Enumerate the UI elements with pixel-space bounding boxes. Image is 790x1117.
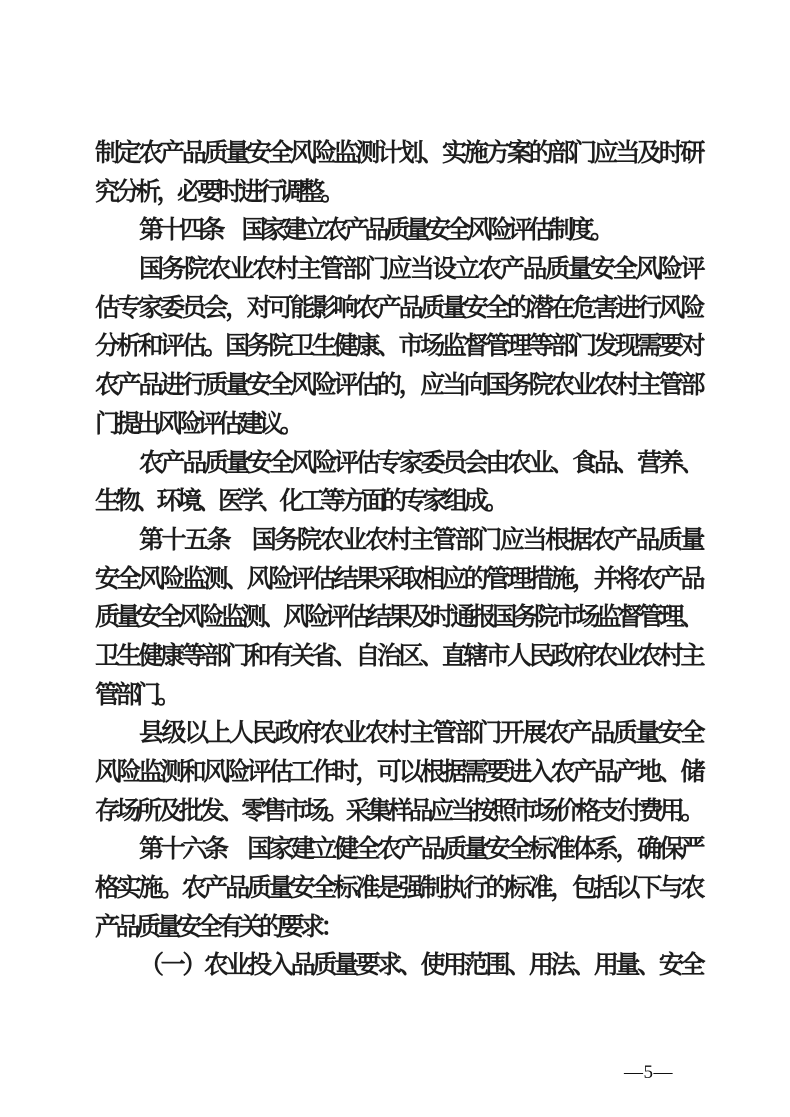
text-line: 农产品进行质量安全风险评估的，应当向国务院农业农村主管部 xyxy=(95,366,701,405)
document-page: 制定农产品质量安全风险监测计划、实施方案的部门应当及时研究分析，必要时进行调整。… xyxy=(0,0,790,1117)
text-line: 第十六条 国家建立健全农产品质量安全标准体系，确保严 xyxy=(95,830,701,869)
text-line: 县级以上人民政府农业农村主管部门开展农产品质量安全 xyxy=(95,714,701,753)
text-line: 卫生健康等部门和有关省、自治区、直辖市人民政府农业农村主 xyxy=(95,637,701,676)
text-line: 生物、环境、医学、化工等方面的专家组成。 xyxy=(95,482,701,521)
text-line: 质量安全风险监测、风险评估结果及时通报国务院市场监督管理、 xyxy=(95,598,701,637)
text-line: 国务院农业农村主管部门应当设立农产品质量安全风险评 xyxy=(95,250,701,289)
text-line: 第十四条 国家建立农产品质量安全风险评估制度。 xyxy=(95,211,701,250)
text-line: 风险监测和风险评估工作时，可以根据需要进入农产品产地、储 xyxy=(95,753,701,792)
text-line: 产品质量安全有关的要求： xyxy=(95,908,701,947)
text-line: 管部门。 xyxy=(95,676,701,715)
document-body: 制定农产品质量安全风险监测计划、实施方案的部门应当及时研究分析，必要时进行调整。… xyxy=(95,134,701,985)
text-line: 安全风险监测、风险评估结果采取相应的管理措施，并将农产品 xyxy=(95,560,701,599)
text-line: （一）农业投入品质量要求、使用范围、用法、用量、安全 xyxy=(95,946,701,985)
text-line: 格实施。农产品质量安全标准是强制执行的标准，包括以下与农 xyxy=(95,869,701,908)
text-line: 门提出风险评估建议。 xyxy=(95,405,701,444)
text-line: 究分析，必要时进行调整。 xyxy=(95,173,701,212)
text-line: 分析和评估。国务院卫生健康、市场监督管理等部门发现需要对 xyxy=(95,327,701,366)
text-line: 农产品质量安全风险评估专家委员会由农业、食品、营养、 xyxy=(95,444,701,483)
text-line: 存场所及批发、零售市场。采集样品应当按照市场价格支付费用。 xyxy=(95,792,701,831)
page-number: —5— xyxy=(624,1062,673,1084)
text-line: 估专家委员会，对可能影响农产品质量安全的潜在危害进行风险 xyxy=(95,289,701,328)
text-line: 第十五条 国务院农业农村主管部门应当根据农产品质量 xyxy=(95,521,701,560)
text-line: 制定农产品质量安全风险监测计划、实施方案的部门应当及时研 xyxy=(95,134,701,173)
